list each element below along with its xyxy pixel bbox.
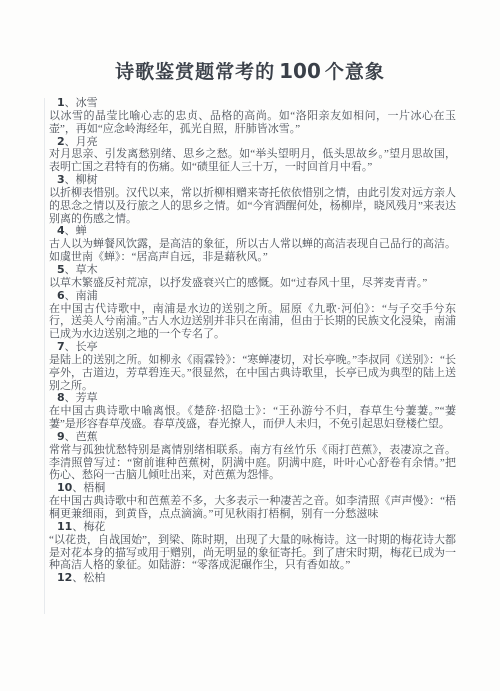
title-number: 100 xyxy=(279,59,321,83)
section-number: 11 xyxy=(57,520,72,533)
section-heading: 6、南浦 xyxy=(49,290,456,303)
section-heading: 9、芭蕉 xyxy=(49,431,456,444)
section: 11、梅花 “以花贵，自战国始”，到梁、陈时期，出现了大量的咏梅诗。这一时期的梅… xyxy=(49,521,456,572)
section-term: 芳草 xyxy=(76,392,98,404)
page-title: 诗歌鉴赏题常考的100个意象 xyxy=(0,58,500,86)
section-term: 冰雪 xyxy=(76,97,98,109)
section: 4、蝉 古人以为蝉餐风饮露，是高洁的象征，所以古人常以蝉的高洁表现自己品行的高洁… xyxy=(49,225,456,264)
section-separator: 、 xyxy=(65,136,76,148)
section-separator: 、 xyxy=(65,174,76,186)
section-heading: 10、梧桐 xyxy=(49,482,456,495)
scan-edge-line xyxy=(44,98,45,614)
title-suffix: 个意象 xyxy=(325,62,385,83)
section-term: 南浦 xyxy=(76,290,98,302)
section-number: 2 xyxy=(57,135,65,148)
section-heading: 2、月亮 xyxy=(49,136,456,149)
section-heading: 3、柳树 xyxy=(49,174,456,187)
section-number: 10 xyxy=(57,481,72,494)
section: 10、梧桐 在中国古典诗歌中和芭蕉差不多，大多表示一种凄苦之音。如李清照《声声慢… xyxy=(49,482,456,521)
section-separator: 、 xyxy=(72,572,83,584)
section-body: 以冰雪的晶莹比喻心志的忠贞、品格的高尚。如“洛阳亲友如相问，一片冰心在玉壶”，再… xyxy=(49,110,456,136)
section-body: 是陆上的送别之所。如柳永《雨霖铃》：“寒蝉凄切，对长亭晚。”李叔同《送别》：“长… xyxy=(49,354,456,393)
section-separator: 、 xyxy=(65,290,76,302)
section-heading: 5、草木 xyxy=(49,264,456,277)
section-number: 3 xyxy=(57,173,65,186)
section-separator: 、 xyxy=(65,264,76,276)
section: 12、松柏 xyxy=(49,572,456,585)
section-term: 草木 xyxy=(76,264,98,276)
section-term: 月亮 xyxy=(76,136,98,148)
section-separator: 、 xyxy=(65,431,76,443)
section-number: 4 xyxy=(57,224,65,237)
section-body: 在中国古代诗歌中，南浦是水边的送别之所。屈原《九歌·河伯》：“与子交手兮东行，送… xyxy=(49,303,456,342)
section: 6、南浦 在中国古代诗歌中，南浦是水边的送别之所。屈原《九歌·河伯》：“与子交手… xyxy=(49,290,456,341)
section-term: 梅花 xyxy=(83,521,105,533)
section: 8、芳草 在中国古典诗歌中喻离恨。《楚辞·招隐士》：“王孙游兮不归，春草生兮萋萋… xyxy=(49,392,456,431)
section-number: 12 xyxy=(57,571,72,584)
section-heading: 11、梅花 xyxy=(49,521,456,534)
section-number: 9 xyxy=(57,430,65,443)
section-body: “以花贵，自战国始”，到梁、陈时期，出现了大量的咏梅诗。这一时期的梅花诗大都是对… xyxy=(49,534,456,573)
section-body: 以折柳表惜别。汉代以来，常以折柳相赠来寄托依依惜别之情，由此引发对远方亲人的思念… xyxy=(49,187,456,226)
section-separator: 、 xyxy=(65,392,76,404)
section-heading: 8、芳草 xyxy=(49,392,456,405)
section-body: 古人以为蝉餐风饮露，是高洁的象征，所以古人常以蝉的高洁表现自己品行的高洁。如虞世… xyxy=(49,238,456,264)
section-heading: 4、蝉 xyxy=(49,225,456,238)
section: 2、月亮 对月思亲、引发离愁别绪、思乡之愁。如“举头望明月，低头思故乡。”望月思… xyxy=(49,136,456,175)
section-body: 对月思亲、引发离愁别绪、思乡之愁。如“举头望明月，低头思故乡。”望月思故国，表明… xyxy=(49,148,456,174)
section-term: 柳树 xyxy=(76,174,98,186)
section-term: 松柏 xyxy=(83,572,105,584)
section-body: 在中国古典诗歌中喻离恨。《楚辞·招隐士》：“王孙游兮不归，春草生兮萋萋。”“萋萋… xyxy=(49,405,456,431)
section: 7、长亭 是陆上的送别之所。如柳永《雨霖铃》：“寒蝉凄切，对长亭晚。”李叔同《送… xyxy=(49,341,456,392)
section-body: 以草木繁盛反衬荒凉，以抒发盛衰兴亡的感慨。如“过春风十里，尽荠麦青青。” xyxy=(49,277,456,290)
document-body: 1、冰雪 以冰雪的晶莹比喻心志的忠贞、品格的高尚。如“洛阳亲友如相问，一片冰心在… xyxy=(49,97,456,585)
section: 3、柳树 以折柳表惜别。汉代以来，常以折柳相赠来寄托依依惜别之情，由此引发对远方… xyxy=(49,174,456,225)
section-body: 在中国古典诗歌中和芭蕉差不多，大多表示一种凄苦之音。如李清照《声声慢》：“梧桐更… xyxy=(49,495,456,521)
section: 1、冰雪 以冰雪的晶莹比喻心志的忠贞、品格的高尚。如“洛阳亲友如相问，一片冰心在… xyxy=(49,97,456,136)
section-separator: 、 xyxy=(65,225,76,237)
section-heading: 12、松柏 xyxy=(49,572,456,585)
section-separator: 、 xyxy=(65,341,76,353)
section: 9、芭蕉 常常与孤独忧愁特别是离情别绪相联系。南方有丝竹乐《雨打芭蕉》，表凄凉之… xyxy=(49,431,456,482)
section: 5、草木 以草木繁盛反衬荒凉，以抒发盛衰兴亡的感慨。如“过春风十里，尽荠麦青青。… xyxy=(49,264,456,290)
section-number: 6 xyxy=(57,289,65,302)
section-body: 常常与孤独忧愁特别是离情别绪相联系。南方有丝竹乐《雨打芭蕉》，表凄凉之音。李清照… xyxy=(49,444,456,483)
section-separator: 、 xyxy=(72,482,83,494)
section-separator: 、 xyxy=(72,521,83,533)
section-number: 5 xyxy=(57,263,65,276)
section-number: 8 xyxy=(57,391,65,404)
title-prefix: 诗歌鉴赏题常考的 xyxy=(115,62,275,83)
section-term: 长亭 xyxy=(76,341,98,353)
section-separator: 、 xyxy=(65,97,76,109)
section-number: 7 xyxy=(57,340,65,353)
section-number: 1 xyxy=(57,96,65,109)
document-page: 诗歌鉴赏题常考的100个意象 1、冰雪 以冰雪的晶莹比喻心志的忠贞、品格的高尚。… xyxy=(0,0,500,691)
section-term: 芭蕉 xyxy=(76,431,98,443)
section-term: 梧桐 xyxy=(83,482,105,494)
section-term: 蝉 xyxy=(76,225,87,237)
section-heading: 1、冰雪 xyxy=(49,97,456,110)
section-heading: 7、长亭 xyxy=(49,341,456,354)
